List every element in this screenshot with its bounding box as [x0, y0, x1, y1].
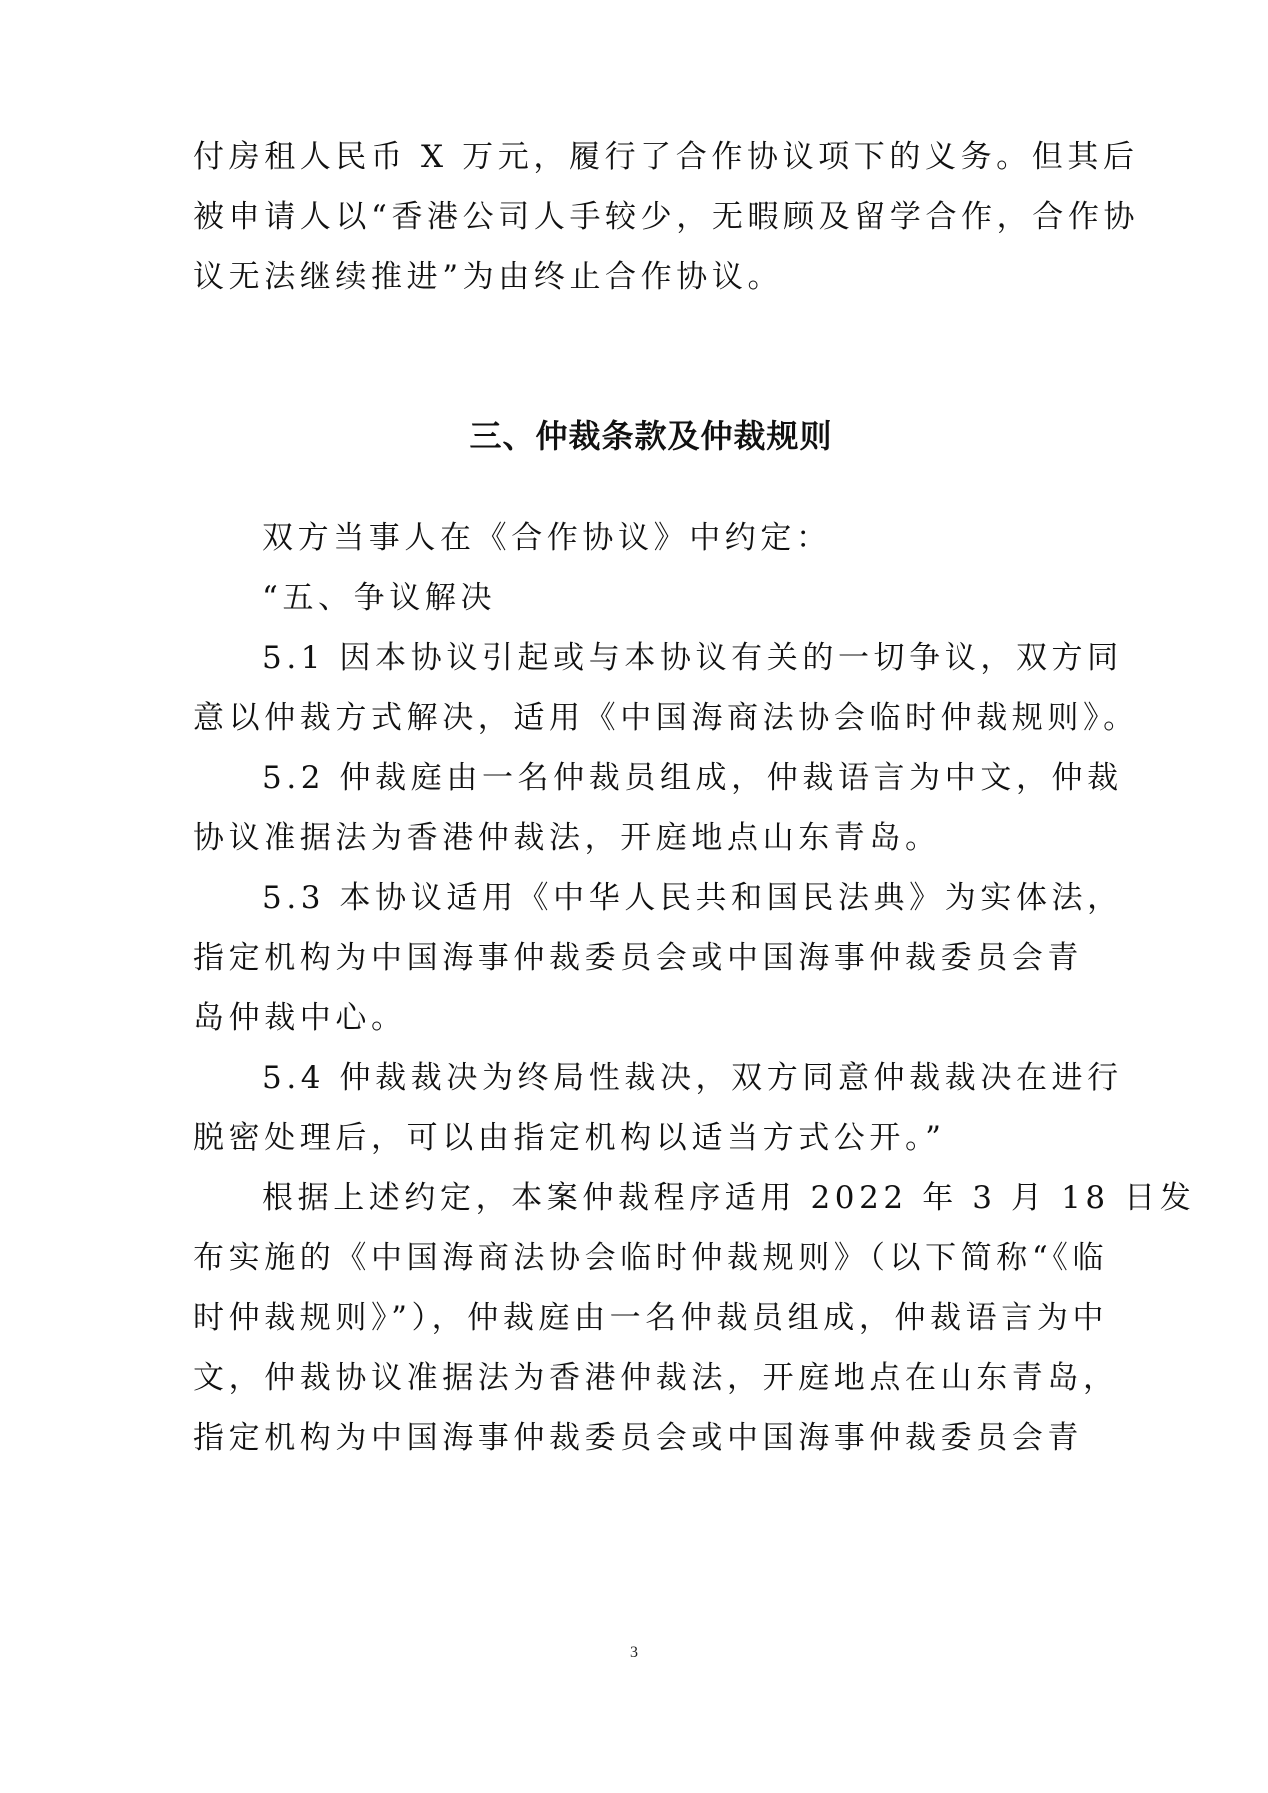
- clause-5-1-line: 5.1 因本协议引起或与本协议有关的一切争议，双方同: [262, 638, 1073, 678]
- clause-5-3-line: 岛仲裁中心。: [193, 998, 1073, 1038]
- clause-5-3-line: 5.3 本协议适用《中华人民共和国民法典》为实体法，: [262, 878, 1073, 918]
- clause-5-4-line: 5.4 仲裁裁决为终局性裁决，双方同意仲裁裁决在进行: [262, 1058, 1073, 1098]
- clause-5-1-line: 意以仲裁方式解决，适用《中国海商法协会临时仲裁规则》。: [193, 698, 1073, 738]
- page-number: 3: [0, 1643, 1268, 1663]
- paragraph-line: 被申请人以“香港公司人手较少，无暇顾及留学合作，合作协: [193, 197, 1073, 237]
- conclusion-line: 时仲裁规则》”），仲裁庭由一名仲裁员组成，仲裁语言为中: [193, 1298, 1073, 1338]
- conclusion-line: 文，仲裁协议准据法为香港仲裁法，开庭地点在山东青岛，: [193, 1358, 1073, 1398]
- intro-line: 双方当事人在《合作协议》中约定：: [262, 518, 1073, 558]
- clause-5-2-line: 协议准据法为香港仲裁法，开庭地点山东青岛。: [193, 818, 1073, 858]
- conclusion-line: 指定机构为中国海事仲裁委员会或中国海事仲裁委员会青: [193, 1418, 1073, 1458]
- section-heading: 三、仲裁条款及仲裁规则: [0, 416, 1268, 456]
- document-page: 付房租人民币 X 万元，履行了合作协议项下的义务。但其后 被申请人以“香港公司人…: [0, 0, 1268, 1793]
- quote-title: “五、争议解决: [262, 578, 1073, 618]
- conclusion-line: 根据上述约定，本案仲裁程序适用 2022 年 3 月 18 日发: [262, 1178, 1073, 1218]
- clause-5-3-line: 指定机构为中国海事仲裁委员会或中国海事仲裁委员会青: [193, 938, 1073, 978]
- clause-5-2-line: 5.2 仲裁庭由一名仲裁员组成，仲裁语言为中文，仲裁: [262, 758, 1073, 798]
- paragraph-line: 议无法继续推进”为由终止合作协议。: [193, 257, 1073, 297]
- paragraph-line: 付房租人民币 X 万元，履行了合作协议项下的义务。但其后: [193, 137, 1073, 177]
- conclusion-line: 布实施的《中国海商法协会临时仲裁规则》（以下简称“《临: [193, 1238, 1073, 1278]
- clause-5-4-line: 脱密处理后，可以由指定机构以适当方式公开。”: [193, 1118, 1073, 1158]
